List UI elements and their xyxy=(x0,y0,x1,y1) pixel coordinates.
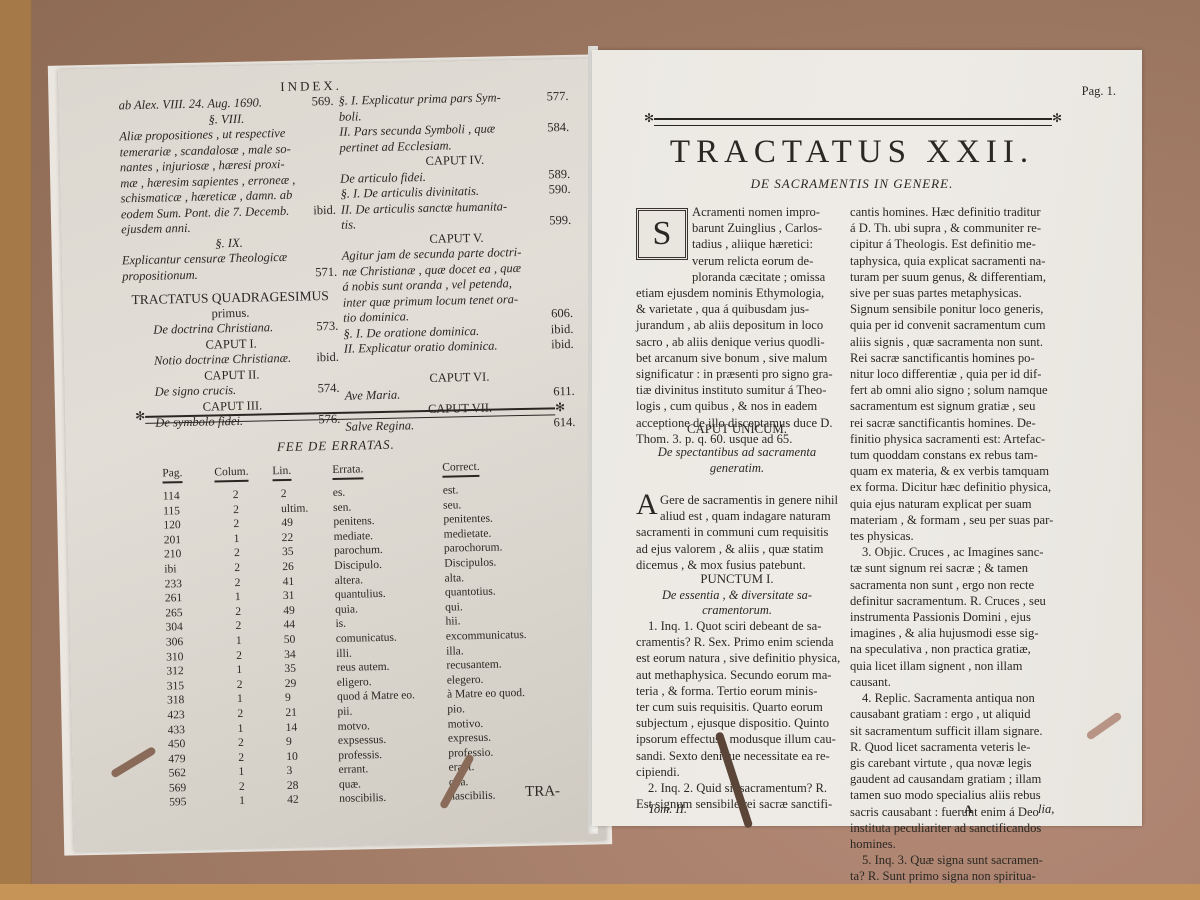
text-line: jurandum , ab aliis depositum in loco xyxy=(636,317,842,333)
index-page-number: ibid. xyxy=(551,321,574,337)
errata-cell: 2 xyxy=(234,546,240,561)
text-line: cipitur á Theologis. Est definitio me- xyxy=(850,236,1064,252)
errata-column: est.seu.penitentes.medietate.parochorum.… xyxy=(443,482,531,805)
errata-cell: 49 xyxy=(283,603,310,618)
punctum-heading: PUNCTUM I. xyxy=(632,572,842,587)
errata-cell: 2 xyxy=(233,517,239,532)
index-page-number: 577. xyxy=(547,89,569,105)
index-page-number: ibid. xyxy=(313,202,336,218)
errata-cell: ibi xyxy=(164,562,182,577)
text-line: materiam , & formam , seu per suas par- xyxy=(850,512,1064,528)
index-entry-text: tio dominica. xyxy=(343,309,409,324)
errata-cell: 306 xyxy=(166,635,184,650)
errata-column: 114115120201210ibi2332612653043063103123… xyxy=(163,489,187,810)
text-line: tiæ divinitus instituto sumitur á Theo- xyxy=(636,382,842,398)
catchword-right: lia, xyxy=(1038,802,1054,817)
text-line: 5. Inq. 3. Quæ signa sunt sacramen- xyxy=(850,852,1064,868)
text-line: gaudent ad causandam gratiam ; illam xyxy=(850,771,1064,787)
index-page-number: 569. xyxy=(312,94,334,110)
errata-cell: 2 xyxy=(239,780,245,795)
index-entry-text: De doctrina Christiana. xyxy=(153,320,273,337)
text-line: sit sacramentum sufficit illam signare. xyxy=(850,723,1064,739)
errata-cell: 3 xyxy=(286,764,313,779)
caput-heading: CAPUT UNICUM. xyxy=(632,422,842,437)
caput-paragraph: Gere de sacramentis in genere nihilaliud… xyxy=(636,492,842,573)
errata-cell: 1 xyxy=(236,634,242,649)
errata-cell: es. xyxy=(333,484,411,500)
punctum-subheading: De essentia , & diversitate sa-cramentor… xyxy=(632,588,842,618)
errata-cell: 562 xyxy=(168,766,186,781)
text-line: 3. Objic. Cruces , ac Imagines sanc- xyxy=(850,544,1064,560)
index-entry-text: §. I. Explicatur prima pars Sym- xyxy=(338,90,500,107)
volume-signature: Tom. II. xyxy=(648,802,687,817)
errata-cell: penitens. xyxy=(333,514,411,530)
text-line: finitio physica sacramenti est: Artefac- xyxy=(850,431,1064,447)
text-line: causant. xyxy=(850,674,1064,690)
signature-mark: A xyxy=(964,802,973,817)
text-line: tamen suo modo specialius aliis rebus xyxy=(850,787,1064,803)
index-page-number: 571. xyxy=(315,264,337,280)
table-edge xyxy=(0,884,1200,900)
text-line: aliis signis , quæ sacramenta non sunt. xyxy=(850,334,1064,350)
errata-cell: 1 xyxy=(237,692,243,707)
errata-cell: 1 xyxy=(239,794,245,809)
text-line: aut methaphysica. Secundo eorum ma- xyxy=(636,667,842,683)
index-entry-text: §. I. De articulis divinitatis. xyxy=(340,184,479,201)
index-entry-text: Explicantur censuræ Theologicæ xyxy=(122,250,288,267)
errata-cell: 22 xyxy=(282,530,309,545)
errata-cell: 233 xyxy=(165,577,183,592)
errata-cell: 14 xyxy=(286,720,313,735)
text-line: sacramenta non sunt , ergo non recte xyxy=(850,577,1064,593)
catchword-left: TRA- xyxy=(525,783,560,801)
text-line: bet arcanum sive bonum , sive malum xyxy=(636,350,842,366)
text-line: De spectantibus ad sacramenta xyxy=(632,444,842,460)
index-entry-text: Notio doctrinæ Christianæ. xyxy=(154,351,291,368)
index-page-number: 584. xyxy=(547,120,569,136)
errata-cell: quantulius. xyxy=(335,586,413,602)
text-line: causabant gratiam : ergo , ut aliquid xyxy=(850,706,1064,722)
errata-column-header: Pag. xyxy=(162,466,182,483)
index-entry-text: ejusdem anni. xyxy=(121,221,191,236)
errata-cell: 35 xyxy=(282,545,309,560)
index-page-number: 611. xyxy=(553,383,575,399)
text-line: sacramenti in communi cum requisitis xyxy=(636,524,842,540)
errata-cell: 10 xyxy=(286,749,313,764)
text-line: cramentis? R. Sex. Primo enim scienda xyxy=(636,634,842,650)
errata-cell: 312 xyxy=(166,664,184,679)
errata-column-header: Colum. xyxy=(214,465,249,482)
index-entry-text: CAPUT I. xyxy=(205,336,256,351)
errata-cell: quia. xyxy=(335,601,413,617)
text-line: Rei sacræ sanctificantis homines po- xyxy=(850,350,1064,366)
index-tractatus-block: TRACTATUS QUADRAGESIMUS primus. De doctr… xyxy=(123,288,341,432)
errata-cell: 2 xyxy=(236,648,242,663)
errata-cell: 2 xyxy=(237,678,243,693)
errata-cell: 42 xyxy=(287,793,314,808)
index-page-number: ibid. xyxy=(551,337,574,353)
index-entry-text: schismaticæ , hæreticæ , damn. ab xyxy=(120,188,292,206)
errata-cell: 2 xyxy=(233,503,239,518)
index-page-number: 590. xyxy=(548,182,570,198)
errata-cell: 2 xyxy=(235,576,241,591)
errata-cell: 44 xyxy=(283,618,310,633)
index-entry-text: II. Pars secunda Symboli , quæ xyxy=(339,122,495,139)
errata-table: Pag.Colum.Lin.Errata.Correct.11411512020… xyxy=(162,457,569,795)
text-line: Acramenti nomen impro- xyxy=(636,204,842,220)
index-entry-text: II. De articulis sanctæ humanita- xyxy=(341,199,508,216)
errata-cell: 310 xyxy=(166,650,184,665)
text-line: instrumenta Passionis Domini , ejus xyxy=(850,609,1064,625)
wormhole-damage xyxy=(110,746,157,779)
text-line: ta? R. Sunt primo signa non spiritua- xyxy=(850,868,1064,884)
text-line: sandi. Sexto denique necessitate ea re- xyxy=(636,748,842,764)
left-page: INDEX. ab Alex. VIII. 24. Aug. 1690.569.… xyxy=(58,59,606,852)
text-line: quia licet illam signent , non illam xyxy=(850,658,1064,674)
text-line: aliud est , quam indagare naturam xyxy=(636,508,842,524)
index-right-column: §. I. Explicatur prima pars Sym-577.boli… xyxy=(338,89,575,435)
errata-cell: professis. xyxy=(338,747,416,763)
errata-cell: excommunicatus. xyxy=(446,628,527,644)
errata-cell: 315 xyxy=(167,679,185,694)
errata-cell: 2 xyxy=(281,487,308,502)
index-page-number: 589. xyxy=(548,166,570,182)
index-entry-text: §. IX. xyxy=(215,235,243,250)
text-line: sive per suas partes metaphysicas. xyxy=(850,285,1064,301)
errata-cell: 9 xyxy=(285,691,312,706)
errata-cell: 2 xyxy=(233,488,239,503)
errata-cell: 114 xyxy=(163,489,181,504)
index-entry-text: CAPUT III. xyxy=(203,398,263,413)
errata-title: FEE DE ERRATAS. xyxy=(126,434,546,459)
text-line: gis carebant virtute , qua novæ legis xyxy=(850,755,1064,771)
index-entry-text: Salve Regina. xyxy=(345,418,414,433)
text-line: subjectum , ejusque dispositio. Quinto xyxy=(636,715,842,731)
errata-cell: 479 xyxy=(168,752,186,767)
index-page-number: 606. xyxy=(551,306,573,322)
errata-cell: altera. xyxy=(334,572,412,588)
errata-cell: 29 xyxy=(285,676,312,691)
text-line: tum quoddam constans ex rebus tam- xyxy=(850,447,1064,463)
text-line: ploranda cæcitate ; omissa xyxy=(636,269,842,285)
text-line: dicemus , & mox fusius patebunt. xyxy=(636,557,842,573)
errata-cell: 450 xyxy=(168,737,186,752)
errata-cell: illi. xyxy=(336,645,414,661)
index-entry-text: De articulo fidei. xyxy=(340,169,426,185)
text-line: quia ejus naturam explicat per suam xyxy=(850,496,1064,512)
index-entry-text: mæ , hæresim sapientes , erroneæ , xyxy=(120,172,295,190)
text-line: á D. Th. ubi supra , & communiter re- xyxy=(850,220,1064,236)
index-entry-text: Aliæ propositiones , ut respective xyxy=(119,126,285,143)
index-entry-text: Ave Maria. xyxy=(345,387,401,402)
text-line: 1. Inq. 1. Quot sciri debeant de sa- xyxy=(636,618,842,634)
text-line: sacris causabant : fuerunt enim á Deo xyxy=(850,804,1064,820)
errata-cell: expsessus. xyxy=(338,732,416,748)
text-line: Signum sensibile ponitur loco generis, xyxy=(850,301,1064,317)
text-line: significatur : in præsenti pro signo gra… xyxy=(636,366,842,382)
ornamental-rule xyxy=(654,118,1052,126)
text-line: ad ejus valorem , & aliis , quæ statim xyxy=(636,541,842,557)
errata-cell: 34 xyxy=(284,647,311,662)
errata-cell: 304 xyxy=(165,621,183,636)
index-entry-text: §. VIII. xyxy=(208,111,244,126)
index-entry-text: De signo crucis. xyxy=(154,383,236,399)
errata-cell: eligero. xyxy=(337,674,415,690)
index-entry-text: CAPUT IV. xyxy=(425,153,484,168)
index-entry-text: inter quæ primum locum tenet ora- xyxy=(343,292,519,310)
text-line: quia per id convenit sacramentum cum xyxy=(850,317,1064,333)
index-entry-text: nantes , injuriosæ , hæresi proxi- xyxy=(120,157,285,174)
errata-cell: sen. xyxy=(333,499,411,515)
errata-cell: 2 xyxy=(238,736,244,751)
errata-cell: noscibilis. xyxy=(339,791,417,807)
errata-cell: errant. xyxy=(338,762,416,778)
errata-cell: mediate. xyxy=(334,528,412,544)
text-line: rei sacræ sanctificantis homines. De- xyxy=(850,415,1064,431)
errata-cell: quæ. xyxy=(339,776,417,792)
tractatus-title: TRACTATUS XXII. xyxy=(632,134,1072,171)
errata-cell: 433 xyxy=(168,723,186,738)
text-line: tadius , aliique hæretici: xyxy=(636,236,842,252)
index-entry-text: boli. xyxy=(339,109,362,123)
text-line: cantis homines. Hæc definitio traditur xyxy=(850,204,1064,220)
text-line: sacro , ab aliis denique verius quodli- xyxy=(636,334,842,350)
errata-cell: 201 xyxy=(164,533,182,548)
errata-cell: 1 xyxy=(238,765,244,780)
index-entry-text: eodem Sum. Pont. die 7. Decemb. xyxy=(121,203,290,221)
errata-cell: 41 xyxy=(282,574,309,589)
text-line: barunt Zuinglius , Carlos- xyxy=(636,220,842,236)
errata-cell: 2 xyxy=(234,561,240,576)
errata-cell: pii. xyxy=(337,703,415,719)
text-line: teria , & forma. Tertio eorum minis- xyxy=(636,683,842,699)
page-number: Pag. 1. xyxy=(1082,84,1116,99)
index-entry-text: tis. xyxy=(341,217,356,231)
errata-cell: is. xyxy=(335,616,413,632)
text-line: & varietate , qua á quibusdam jus- xyxy=(636,301,842,317)
errata-cell: quod á Matre eo. xyxy=(337,689,415,705)
index-entry-text: pertinet ad Ecclesiam. xyxy=(339,138,451,154)
text-line: na speculativa , non practica gratiæ, xyxy=(850,641,1064,657)
errata-column-header: Lin. xyxy=(272,464,291,481)
errata-cell: parochum. xyxy=(334,543,412,559)
errata-cell: 261 xyxy=(165,591,183,606)
errata-column-header: Errata. xyxy=(332,462,363,479)
wormhole-damage xyxy=(1085,711,1122,740)
errata-cell: 569 xyxy=(169,781,187,796)
running-head: INDEX. xyxy=(280,78,342,95)
errata-cell: Discipulo. xyxy=(334,557,412,573)
errata-cell: 31 xyxy=(283,589,310,604)
errata-cell: 49 xyxy=(281,516,308,531)
text-line: instituta peculiariter ad sanctificandos xyxy=(850,820,1064,836)
errata-cell: 2 xyxy=(235,605,241,620)
text-line: cipiendi. xyxy=(636,764,842,780)
errata-cell: 1 xyxy=(235,590,241,605)
errata-cell: 1 xyxy=(236,663,242,678)
errata-cell: 50 xyxy=(284,632,311,647)
errata-cell: motvo. xyxy=(338,718,416,734)
errata-cell: 1 xyxy=(234,532,240,547)
errata-cell: 595 xyxy=(169,796,187,811)
index-entry-text: CAPUT VI. xyxy=(429,370,489,385)
errata-cell: 9 xyxy=(286,735,313,750)
errata-cell: 21 xyxy=(285,705,312,720)
index-entry-text: propositionum. xyxy=(122,267,198,283)
errata-cell: 2 xyxy=(237,707,243,722)
index-page-number: 573. xyxy=(316,319,338,335)
errata-cell: comunicatus. xyxy=(336,630,414,646)
text-line: logis , cum quibus , & nos in eadem xyxy=(636,398,842,414)
errata-cell: 318 xyxy=(167,693,185,708)
text-line: verum relicta eorum de- xyxy=(636,253,842,269)
text-line: est eorum natura , sive definitio physic… xyxy=(636,650,842,666)
errata-column-header: Correct. xyxy=(442,460,480,477)
errata-cell: à Matre eo quod. xyxy=(447,686,528,702)
text-line: 4. Replic. Sacramenta antiqua non xyxy=(850,690,1064,706)
errata-cell: ultim. xyxy=(281,501,308,516)
right-page: Pag. 1. TRACTATUS XXII. DE SACRAMENTIS I… xyxy=(592,50,1142,826)
errata-cell: 265 xyxy=(165,606,183,621)
errata-cell: 26 xyxy=(282,559,309,574)
index-page-number: 614. xyxy=(553,414,575,430)
index-entry-text: §. I. De oratione dominica. xyxy=(343,323,479,340)
text-line: tes physicas. xyxy=(850,528,1064,544)
index-entry-text: CAPUT II. xyxy=(204,367,260,382)
errata-cell: 2 xyxy=(238,751,244,766)
text-line: fert ab omni alio signo ; solum namque xyxy=(850,382,1064,398)
text-line: sacramentum est signum gratiæ , seu xyxy=(850,398,1064,414)
errata-cell: 210 xyxy=(164,548,182,563)
text-line: generatim. xyxy=(632,460,842,476)
errata-cell: 1 xyxy=(238,721,244,736)
text-line: etiam ejusdem nominis Ethymologia, xyxy=(636,285,842,301)
errata-cell: reus autem. xyxy=(336,659,414,675)
errata-cell: 2 xyxy=(235,619,241,634)
errata-cell: 28 xyxy=(287,778,314,793)
text-line: turam per suum genus, & differentiam, xyxy=(850,269,1064,285)
text-line: imagines , & alia hujusmodi esse sig- xyxy=(850,625,1064,641)
index-entry: propositionum.571. xyxy=(122,264,337,284)
index-left-column: ab Alex. VIII. 24. Aug. 1690.569.§. VIII… xyxy=(118,94,337,284)
errata-cell: 115 xyxy=(163,504,181,519)
text-line: ter cum suis requisitis. Quarto eorum xyxy=(636,699,842,715)
index-entry-text: CAPUT V. xyxy=(429,230,483,245)
errata-column: 2221222122121212122121 xyxy=(233,488,245,809)
errata-cell: 35 xyxy=(284,662,311,677)
text-line: Gere de sacramentis in genere nihil xyxy=(636,492,842,508)
text-line: R. Quod licet sacramenta veteris le- xyxy=(850,739,1064,755)
errata-cell: 120 xyxy=(163,518,181,533)
text-line: De essentia , & diversitate sa- xyxy=(632,588,842,603)
text-line: nitur loco differentiæ , quia per id dif… xyxy=(850,366,1064,382)
text-line: cramentorum. xyxy=(632,603,842,618)
caput-subheading: De spectantibus ad sacramentageneratim. xyxy=(632,444,842,476)
errata-cell: nascibilis. xyxy=(449,788,530,804)
errata-column: 2ultim.492235264131494450343529921149103… xyxy=(281,487,315,809)
text-line: ipsorum effectus , modusque illum cau- xyxy=(636,731,842,747)
index-entry-text: ab Alex. VIII. 24. Aug. 1690. xyxy=(118,95,262,112)
index-entry-text: temerariæ , scandalosæ , male so- xyxy=(119,141,290,159)
text-line: definitur sacramentum. R. Cruces , seu xyxy=(850,593,1064,609)
text-line: homines. xyxy=(850,836,1064,852)
text-line: ex forma. Dicitur hæc definitio physica, xyxy=(850,479,1064,495)
errata-column: es.sen.penitens.mediate.parochum.Discipu… xyxy=(333,484,418,807)
intro-paragraph: Acramenti nomen impro-barunt Zuinglius ,… xyxy=(636,204,842,447)
index-page-number: 574. xyxy=(318,381,340,397)
text-line: quam ex materia, & ex verbis tamquam xyxy=(850,463,1064,479)
tractatus-subtitle: DE SACRAMENTIS IN GENERE. xyxy=(632,176,1072,192)
errata-cell: 423 xyxy=(167,708,185,723)
index-entry-text: á nobis sunt oranda , vel petenda, xyxy=(342,276,512,294)
second-column-text: cantis homines. Hæc definitio traditurá … xyxy=(850,204,1064,885)
index-page-number: ibid. xyxy=(316,350,339,366)
index-entry-text: II. Explicatur oratio dominica. xyxy=(344,339,498,356)
text-line: tæ sunt signum rei sacræ ; & tamen xyxy=(850,560,1064,576)
text-line: taphysica, quia explicat sacramenti na- xyxy=(850,253,1064,269)
index-page-number: 599. xyxy=(549,213,571,229)
